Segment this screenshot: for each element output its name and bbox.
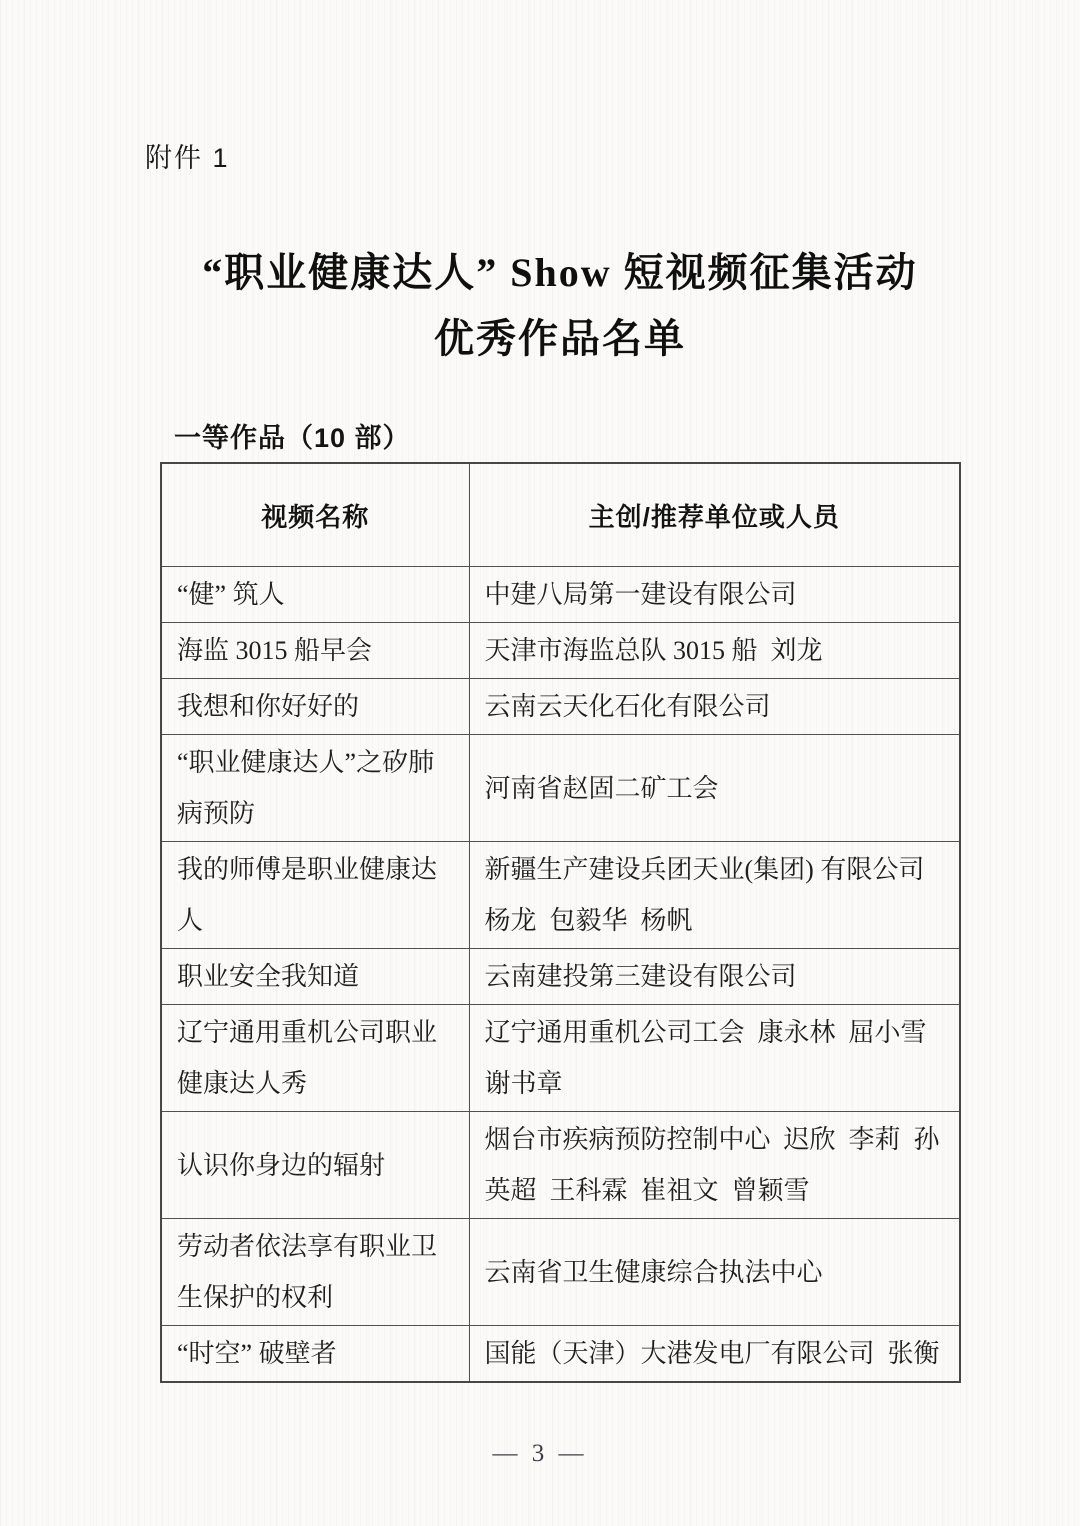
video-name-cell: 认识你身边的辐射 bbox=[161, 1112, 469, 1219]
creator-cell: 新疆生产建设兵团天业(集团) 有限公司 杨龙 包毅华 杨帆 bbox=[469, 842, 960, 949]
table-row: 辽宁通用重机公司职业健康达人秀 辽宁通用重机公司工会 康永林 屈小雪 谢书章 bbox=[161, 1005, 960, 1112]
table-row: “健” 筑人 中建八局第一建设有限公司 bbox=[161, 567, 960, 623]
creator-cell: 云南云天化石化有限公司 bbox=[469, 679, 960, 735]
creator-cell: 天津市海监总队 3015 船 刘龙 bbox=[469, 623, 960, 679]
video-name-cell: “时空” 破壁者 bbox=[161, 1326, 469, 1383]
creator-cell: 中建八局第一建设有限公司 bbox=[469, 567, 960, 623]
header-row: 视频名称 主创/推荐单位或人员 bbox=[161, 463, 960, 567]
table-row: “职业健康达人”之矽肺病预防 河南省赵固二矿工会 bbox=[161, 735, 960, 842]
video-name-cell: 海监 3015 船早会 bbox=[161, 623, 469, 679]
table-row: 海监 3015 船早会 天津市海监总队 3015 船 刘龙 bbox=[161, 623, 960, 679]
video-name-cell: “职业健康达人”之矽肺病预防 bbox=[161, 735, 469, 842]
awards-table-header: 视频名称 主创/推荐单位或人员 bbox=[161, 463, 960, 567]
creator-cell: 河南省赵固二矿工会 bbox=[469, 735, 960, 842]
table-row: 劳动者依法享有职业卫生保护的权利 云南省卫生健康综合执法中心 bbox=[161, 1219, 960, 1326]
table-row: “时空” 破壁者 国能（天津）大港发电厂有限公司 张衡 bbox=[161, 1326, 960, 1383]
awards-table-body: “健” 筑人 中建八局第一建设有限公司 海监 3015 船早会 天津市海监总队 … bbox=[161, 567, 960, 1383]
document-title-line1: “职业健康达人” Show 短视频征集活动 bbox=[160, 240, 960, 306]
column-header-creator: 主创/推荐单位或人员 bbox=[469, 463, 960, 567]
document-title-line2: 优秀作品名单 bbox=[160, 306, 960, 372]
creator-cell: 辽宁通用重机公司工会 康永林 屈小雪 谢书章 bbox=[469, 1005, 960, 1112]
attachment-label: 附件 1 bbox=[145, 136, 230, 175]
table-row: 职业安全我知道 云南建投第三建设有限公司 bbox=[161, 949, 960, 1005]
creator-cell: 云南省卫生健康综合执法中心 bbox=[469, 1219, 960, 1326]
document-page: 附件 1 “职业健康达人” Show 短视频征集活动 优秀作品名单 一等作品（1… bbox=[0, 0, 1080, 1526]
creator-cell: 云南建投第三建设有限公司 bbox=[469, 949, 960, 1005]
video-name-cell: 劳动者依法享有职业卫生保护的权利 bbox=[161, 1219, 469, 1326]
creator-cell: 国能（天津）大港发电厂有限公司 张衡 bbox=[469, 1326, 960, 1383]
table-row: 认识你身边的辐射 烟台市疾病预防控制中心 迟欣 李莉 孙英超 王科霖 崔祖文 曾… bbox=[161, 1112, 960, 1219]
video-name-cell: 辽宁通用重机公司职业健康达人秀 bbox=[161, 1005, 469, 1112]
video-name-cell: 职业安全我知道 bbox=[161, 949, 469, 1005]
video-name-cell: 我想和你好好的 bbox=[161, 679, 469, 735]
document-title: “职业健康达人” Show 短视频征集活动 优秀作品名单 bbox=[160, 240, 960, 372]
video-name-cell: 我的师傅是职业健康达人 bbox=[161, 842, 469, 949]
column-header-video-name: 视频名称 bbox=[161, 463, 469, 567]
creator-cell: 烟台市疾病预防控制中心 迟欣 李莉 孙英超 王科霖 崔祖文 曾颖雪 bbox=[469, 1112, 960, 1219]
page-number: — 3 — bbox=[0, 1440, 1080, 1468]
table-row: 我的师傅是职业健康达人 新疆生产建设兵团天业(集团) 有限公司 杨龙 包毅华 杨… bbox=[161, 842, 960, 949]
video-name-cell: “健” 筑人 bbox=[161, 567, 469, 623]
awards-table: 视频名称 主创/推荐单位或人员 “健” 筑人 中建八局第一建设有限公司 海监 3… bbox=[160, 462, 961, 1383]
table-row: 我想和你好好的 云南云天化石化有限公司 bbox=[161, 679, 960, 735]
section-label: 一等作品（10 部） bbox=[174, 416, 411, 455]
